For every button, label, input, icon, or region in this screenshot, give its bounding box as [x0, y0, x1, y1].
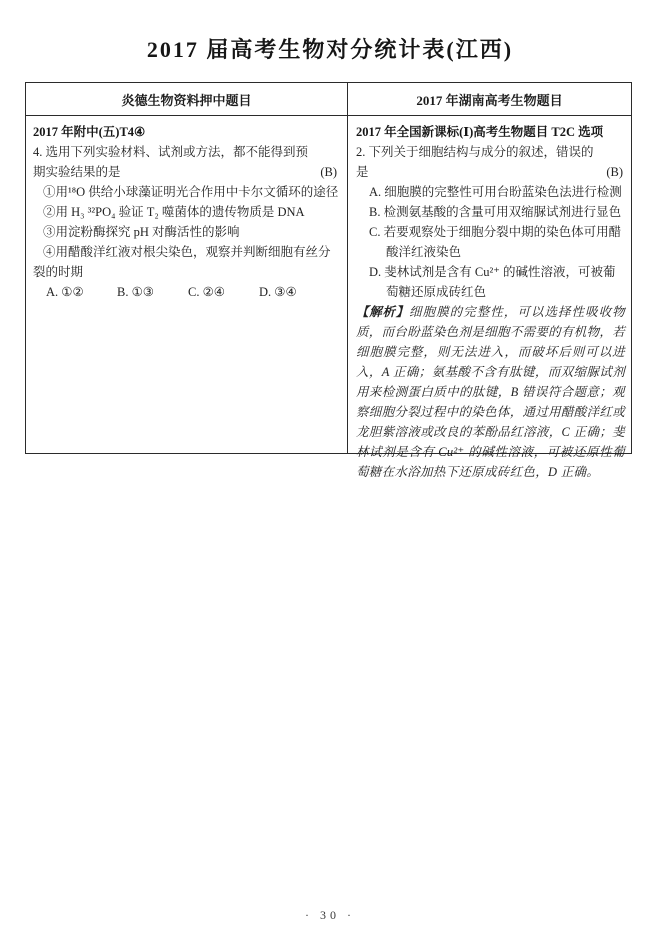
- table-body-row: 2017 年附中(五)T4④ 4. 选用下列实验材料、试剂或方法，都不能得到预期…: [26, 116, 631, 453]
- left-question-item-1: ①用¹⁸O 供给小球藻证明光合作用中卡尔文循环的途径: [33, 182, 339, 202]
- right-choice-b: B. 检测氨基酸的含量可用双缩脲试剂进行显色: [356, 202, 625, 222]
- left-question-item-4: ④用醋酸洋红液对根尖染色，观察并判断细胞有丝分裂的时期: [33, 242, 339, 282]
- document-page: 2017 届高考生物对分统计表(江西) 炎德生物资料押中题目 2017 年湖南高…: [0, 0, 660, 949]
- left-question-item-2: ②用 H₃ ³²PO₄ 验证 T₂ 噬菌体的遗传物质是 DNA: [33, 202, 339, 222]
- header-cell-exam-question: 2017 年湖南高考生物题目: [348, 83, 631, 115]
- left-answer-label: (B): [320, 162, 337, 182]
- left-choice-d: D. ③④: [259, 282, 330, 302]
- left-source-label: 2017 年附中(五)T4④: [33, 122, 339, 142]
- left-question-text: 4. 选用下列实验材料、试剂或方法，都不能得到预期实验结果的是 (B): [33, 142, 339, 182]
- right-question-stem: 2. 下列关于细胞结构与成分的叙述，错误的是: [356, 145, 594, 179]
- analysis-label: 【解析】: [356, 305, 409, 319]
- right-choice-c: C. 若要观察处于细胞分裂中期的染色体可用醋酸洋红液染色: [356, 222, 625, 262]
- analysis-text: 细胞膜的完整性，可以选择性吸收物质，而台盼蓝染色剂是细胞不需要的有机物，若细胞膜…: [356, 305, 625, 479]
- left-question-item-3: ③用淀粉酶探究 pH 对酶活性的影响: [33, 222, 339, 242]
- right-question-cell: 2017 年全国新课标(Ⅰ)高考生物题目 T2C 选项 2. 下列关于细胞结构与…: [348, 116, 631, 453]
- page-number: · 30 ·: [0, 908, 660, 923]
- right-question-text: 2. 下列关于细胞结构与成分的叙述，错误的是 (B): [356, 142, 625, 182]
- left-question-stem: 4. 选用下列实验材料、试剂或方法，都不能得到预期实验结果的是: [33, 145, 308, 179]
- left-choice-row: A. ①② B. ①③ C. ②④ D. ③④: [46, 282, 339, 302]
- left-question-cell: 2017 年附中(五)T4④ 4. 选用下列实验材料、试剂或方法，都不能得到预期…: [26, 116, 348, 453]
- page-title: 2017 届高考生物对分统计表(江西): [0, 33, 660, 64]
- right-choice-a: A. 细胞膜的完整性可用台盼蓝染色法进行检测: [356, 182, 625, 202]
- right-source-label: 2017 年全国新课标(Ⅰ)高考生物题目 T2C 选项: [356, 122, 625, 142]
- comparison-table: 炎德生物资料押中题目 2017 年湖南高考生物题目 2017 年附中(五)T4④…: [25, 82, 632, 454]
- right-answer-label: (B): [606, 162, 623, 182]
- left-choice-c: C. ②④: [188, 282, 259, 302]
- answer-analysis: 【解析】细胞膜的完整性，可以选择性吸收物质，而台盼蓝染色剂是细胞不需要的有机物，…: [356, 302, 625, 482]
- left-choice-b: B. ①③: [117, 282, 188, 302]
- left-choice-a: A. ①②: [46, 282, 117, 302]
- table-header-row: 炎德生物资料押中题目 2017 年湖南高考生物题目: [26, 83, 631, 116]
- header-cell-predicted-question: 炎德生物资料押中题目: [26, 83, 348, 115]
- right-choice-d: D. 斐林试剂是含有 Cu²⁺ 的碱性溶液，可被葡萄糖还原成砖红色: [356, 262, 625, 302]
